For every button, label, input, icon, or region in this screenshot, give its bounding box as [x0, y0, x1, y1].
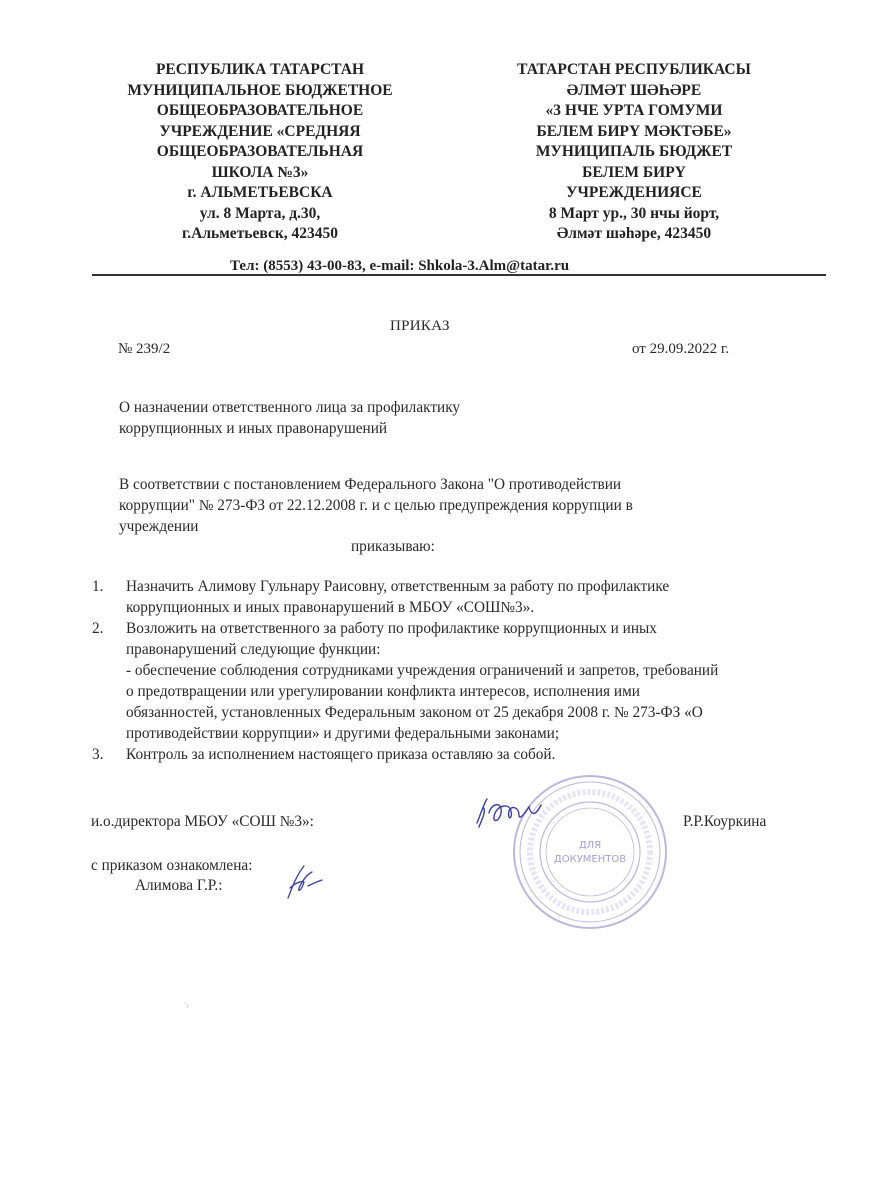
item-number: 3.	[92, 744, 126, 765]
stamp-text: ДЛЯ	[579, 840, 601, 851]
acknowledgement-name: Алимова Г.Р.:	[135, 877, 222, 895]
item-line: правонарушений следующие функции:	[126, 639, 792, 660]
header-line: ОБЩЕОБРАЗОВАТЕЛЬНАЯ	[92, 142, 428, 163]
stamp-text: ДОКУМЕНТОВ	[554, 854, 626, 865]
order-date: от 29.09.2022 г.	[632, 341, 729, 358]
header-line: ӘЛМӘТ ШӘҺӘРЕ	[466, 81, 802, 102]
header-russian: РЕСПУБЛИКА ТАТАРСТАН МУНИЦИПАЛЬНОЕ БЮДЖЕ…	[92, 60, 428, 245]
item-number: 2.	[92, 618, 126, 744]
header-line: 8 Март ур., 30 нчы йорт,	[466, 204, 802, 225]
signatory-name: Р.Р.Коуркина	[683, 813, 766, 831]
item-number: 1.	[92, 576, 126, 618]
item-line: противодействии коррупции» и другими фед…	[126, 723, 792, 744]
header-line: «3 НЧЕ УРТА ГОМУМИ	[466, 101, 802, 122]
item-line: о предотвращении или урегулировании конф…	[126, 681, 792, 702]
document-title: ПРИКАЗ	[390, 318, 450, 335]
preamble: В соответствии с постановлением Федераль…	[119, 474, 759, 537]
item-line: - обеспечение соблюдения сотрудниками уч…	[126, 660, 792, 681]
header-line: г.Альметьевск, 423450	[92, 224, 428, 245]
header-line: ул. 8 Марта, д.30,	[92, 204, 428, 225]
header-line: УЧРЕЖДЕНИЯСЕ	[466, 183, 802, 204]
scan-artifact: ·ᵧ	[184, 999, 189, 1008]
header-line: УЧРЕЖДЕНИЕ «СРЕДНЯЯ	[92, 122, 428, 143]
acknowledgement-label: с приказом ознакомлена:	[91, 857, 252, 875]
item-line: Назначить Алимову Гульнару Раисовну, отв…	[126, 576, 792, 597]
document-page: РЕСПУБЛИКА ТАТАРСТАН МУНИЦИПАЛЬНОЕ БЮДЖЕ…	[0, 0, 872, 1200]
header-line: ОБЩЕОБРАЗОВАТЕЛЬНОЕ	[92, 101, 428, 122]
header-line: ТАТАРСТАН РЕСПУБЛИКАСЫ	[466, 60, 802, 81]
subject-line: коррупционных и иных правонарушений	[119, 418, 460, 439]
item-line: обязанностей, установленных Федеральным …	[126, 702, 792, 723]
preamble-line: коррупции" № 273-ФЗ от 22.12.2008 г. и с…	[119, 495, 759, 516]
header-line: Әлмәт шәһәре, 423450	[466, 224, 802, 245]
header-line: МУНИЦИПАЛЬ БЮДЖЕТ	[466, 142, 802, 163]
signatory-role: и.о.директора МБОУ «СОШ №3»:	[91, 813, 314, 831]
acknowledgement-signature-icon	[282, 862, 327, 902]
director-signature-icon	[473, 793, 563, 833]
item-line: коррупционных и иных правонарушений в МБ…	[126, 597, 792, 618]
order-item-2: 2. Возложить на ответственного за работу…	[92, 618, 792, 744]
header-line: БЕЛЕМ БИРҮ МӘКТӘБЕ»	[466, 122, 802, 143]
preamble-line: учреждении	[119, 516, 759, 537]
header-line: РЕСПУБЛИКА ТАТАРСТАН	[92, 60, 428, 81]
subject-line: О назначении ответственного лица за проф…	[119, 397, 460, 418]
header-line: МУНИЦИПАЛЬНОЕ БЮДЖЕТНОЕ	[92, 81, 428, 102]
order-items: 1. Назначить Алимову Гульнару Раисовну, …	[92, 576, 792, 765]
order-item-3: 3. Контроль за исполнением настоящего пр…	[92, 744, 792, 765]
item-line: Контроль за исполнением настоящего прика…	[126, 744, 792, 765]
decree-word: приказываю:	[351, 538, 435, 556]
header-line: БЕЛЕМ БИРҮ	[466, 163, 802, 184]
header-tatar: ТАТАРСТАН РЕСПУБЛИКАСЫ ӘЛМӘТ ШӘҺӘРЕ «3 Н…	[466, 60, 802, 245]
header-divider	[92, 274, 826, 276]
preamble-line: В соответствии с постановлением Федераль…	[119, 474, 759, 495]
order-number: № 239/2	[118, 341, 170, 358]
order-item-1: 1. Назначить Алимову Гульнару Раисовну, …	[92, 576, 792, 618]
item-line: Возложить на ответственного за работу по…	[126, 618, 792, 639]
header-line: ШКОЛА №3»	[92, 163, 428, 184]
header-line: г. АЛЬМЕТЬЕВСКА	[92, 183, 428, 204]
order-subject: О назначении ответственного лица за проф…	[119, 397, 460, 439]
contact-line: Тел: (8553) 43-00-83, e-mail: Shkola-3.A…	[230, 258, 569, 275]
